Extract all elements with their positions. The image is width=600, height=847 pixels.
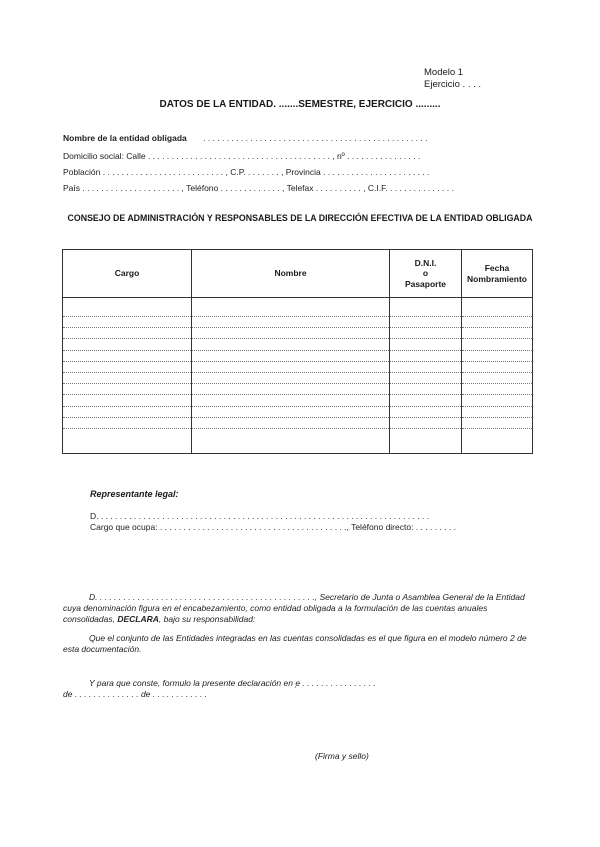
table-cell[interactable] (63, 361, 192, 372)
declarant-name-fill[interactable]: D. . . . . . . . . . . . . . . . . . . .… (89, 592, 315, 602)
table-row (63, 395, 533, 406)
table-cell[interactable] (390, 372, 462, 383)
col-fecha: FechaNombramiento (462, 250, 533, 298)
declara-keyword: DECLARA (117, 614, 159, 624)
table-cell[interactable] (192, 428, 390, 453)
entities-statement-text: Que el conjunto de las Entidades integra… (63, 633, 527, 654)
table-cell[interactable] (462, 384, 533, 395)
table-cell[interactable] (63, 298, 192, 317)
table-cell[interactable] (462, 395, 533, 406)
table-cell[interactable] (192, 406, 390, 417)
signature-note: (Firma y sello) (315, 751, 369, 761)
table-cell[interactable] (192, 361, 390, 372)
table-cell[interactable] (462, 298, 533, 317)
table-cell[interactable] (462, 328, 533, 339)
country-row[interactable]: País . . . . . . . . . . . . . . . . . .… (63, 183, 454, 193)
col-dni: D.N.I.oPasaporte (390, 250, 462, 298)
table-cell[interactable] (63, 350, 192, 361)
address-row[interactable]: Domicilio social: Calle . . . . . . . . … (63, 151, 420, 161)
table-cell[interactable] (462, 339, 533, 350)
table-cell[interactable] (462, 317, 533, 328)
table-cell[interactable] (192, 317, 390, 328)
table-cell[interactable] (462, 428, 533, 453)
legal-rep-cargo-line[interactable]: Cargo que ocupa: . . . . . . . . . . . .… (90, 522, 456, 532)
table-cell[interactable] (390, 428, 462, 453)
table-cell[interactable] (192, 339, 390, 350)
table-cell[interactable] (390, 328, 462, 339)
table-cell[interactable] (63, 406, 192, 417)
place-date-statement: Y para que conste, formulo la presente d… (63, 678, 538, 700)
table-row (63, 339, 533, 350)
table-cell[interactable] (192, 350, 390, 361)
entity-name-row: Nombre de la entidad obligada . . . . . … (63, 133, 427, 143)
exercise-label: Ejercicio . . . . (424, 79, 481, 91)
table-cell[interactable] (462, 361, 533, 372)
entity-name-label: Nombre de la entidad obligada (63, 133, 187, 143)
table-row (63, 361, 533, 372)
table-cell[interactable] (390, 406, 462, 417)
table-cell[interactable] (63, 384, 192, 395)
model-header: Modelo 1 Ejercicio . . . . (424, 67, 481, 91)
table-cell[interactable] (192, 372, 390, 383)
declaration-paragraph: D. . . . . . . . . . . . . . . . . . . .… (63, 592, 538, 625)
town-row[interactable]: Población . . . . . . . . . . . . . . . … (63, 167, 429, 177)
table-body (63, 298, 533, 454)
table-cell[interactable] (462, 406, 533, 417)
legal-rep-name-line[interactable]: D. . . . . . . . . . . . . . . . . . . .… (90, 511, 429, 521)
table-cell[interactable] (192, 328, 390, 339)
table-cell[interactable] (192, 298, 390, 317)
col-cargo: Cargo (63, 250, 192, 298)
table-cell[interactable] (390, 384, 462, 395)
table-cell[interactable] (390, 317, 462, 328)
table-cell[interactable] (390, 350, 462, 361)
entities-statement: Que el conjunto de las Entidades integra… (63, 633, 538, 655)
legal-rep-heading: Representante legal: (90, 489, 179, 499)
table-cell[interactable] (63, 372, 192, 383)
table-cell[interactable] (462, 350, 533, 361)
table-cell[interactable] (390, 361, 462, 372)
table-row (63, 317, 533, 328)
table-cell[interactable] (63, 395, 192, 406)
table-cell[interactable] (390, 395, 462, 406)
declaration-end: , bajo su responsabilidad: (159, 614, 255, 624)
table-row (63, 328, 533, 339)
table-cell[interactable] (390, 339, 462, 350)
table-cell[interactable] (390, 417, 462, 428)
board-table: Cargo Nombre D.N.I.oPasaporte FechaNombr… (62, 249, 533, 454)
table-row (63, 384, 533, 395)
entity-name-fill[interactable]: . . . . . . . . . . . . . . . . . . . . … (203, 133, 427, 143)
table-cell[interactable] (63, 428, 192, 453)
section-title: CONSEJO DE ADMINISTRACIÓN Y RESPONSABLES… (60, 213, 540, 224)
model-number: Modelo 1 (424, 67, 481, 79)
table-row (63, 406, 533, 417)
table-cell[interactable] (192, 417, 390, 428)
table-cell[interactable] (63, 417, 192, 428)
place-fill[interactable]: Y para que conste, formulo la presente d… (89, 678, 376, 688)
table-cell[interactable] (63, 317, 192, 328)
table-row (63, 372, 533, 383)
table-row (63, 350, 533, 361)
table-cell[interactable] (192, 395, 390, 406)
table-cell[interactable] (390, 298, 462, 317)
page-title: DATOS DE LA ENTIDAD. .......SEMESTRE, EJ… (0, 99, 600, 110)
col-nombre: Nombre (192, 250, 390, 298)
table-row (63, 298, 533, 317)
table-header-row: Cargo Nombre D.N.I.oPasaporte FechaNombr… (63, 250, 533, 298)
table-cell[interactable] (63, 328, 192, 339)
date-fill[interactable]: de . . . . . . . . . . . . . . de . . . … (63, 689, 538, 700)
table-row (63, 428, 533, 453)
table-cell[interactable] (462, 372, 533, 383)
table-row (63, 417, 533, 428)
table-cell[interactable] (462, 417, 533, 428)
table-cell[interactable] (192, 384, 390, 395)
table-cell[interactable] (63, 339, 192, 350)
